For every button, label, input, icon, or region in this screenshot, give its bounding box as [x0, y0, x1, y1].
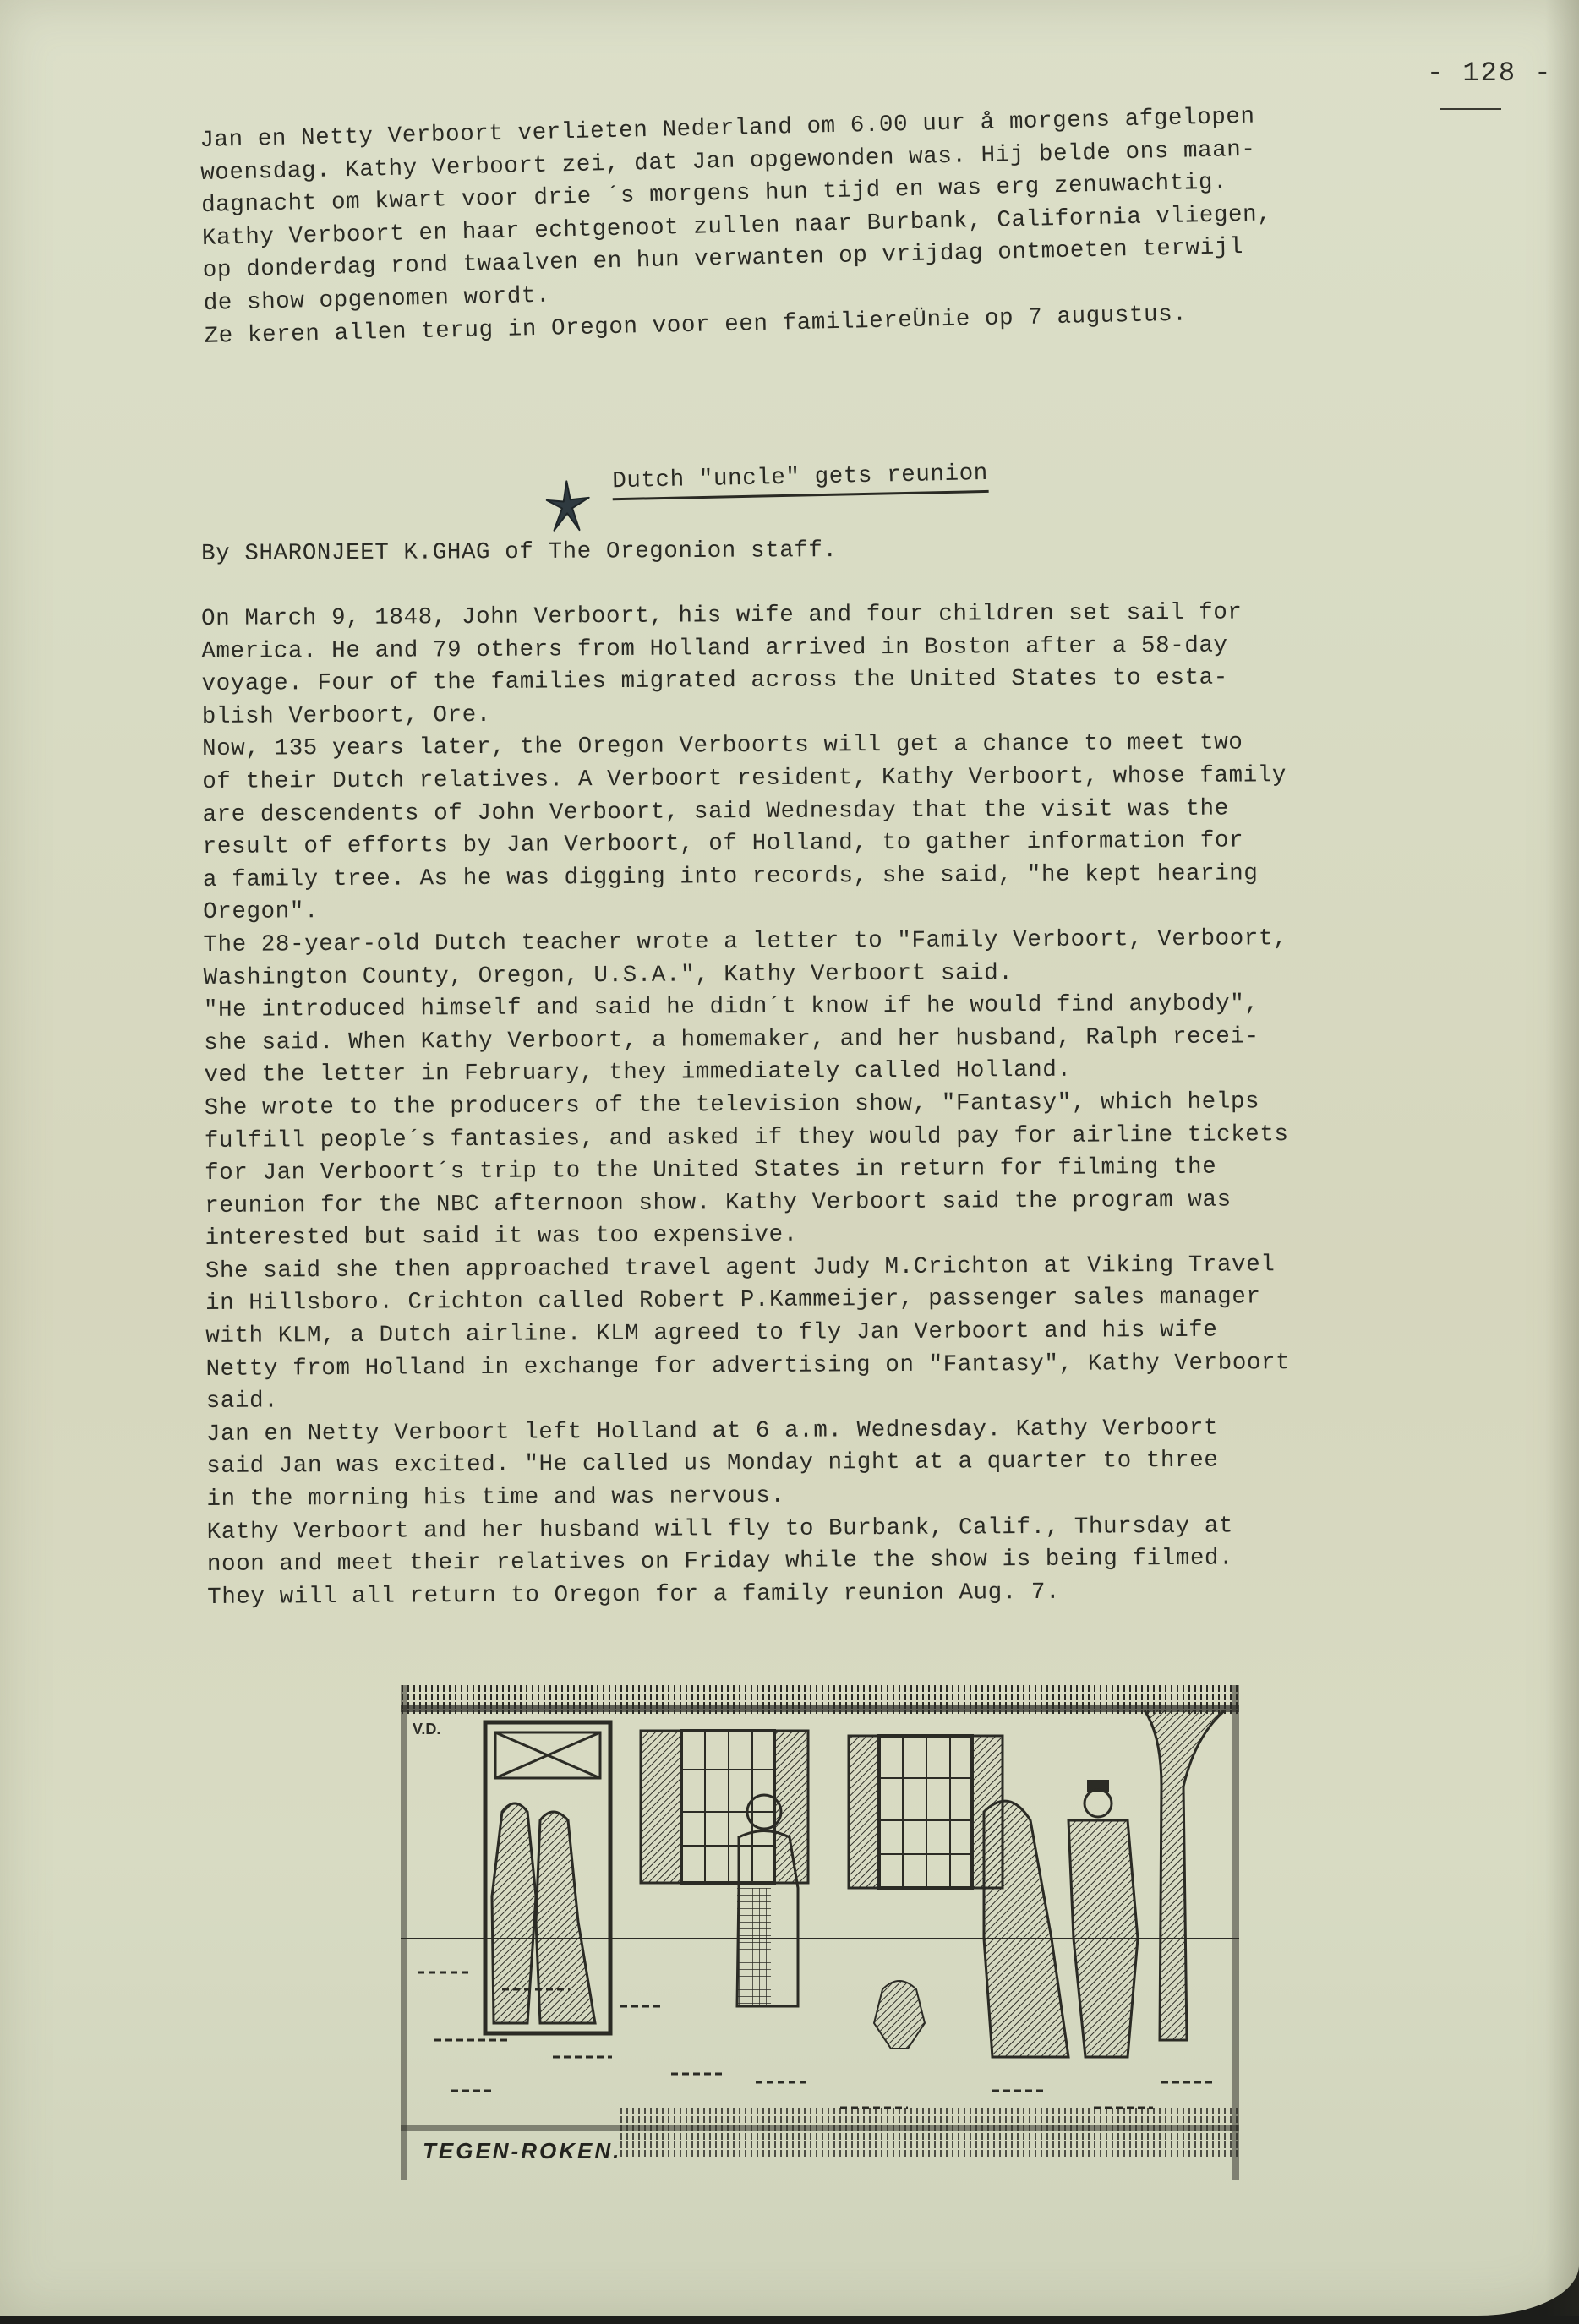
- page-number: - 128 -: [1427, 57, 1552, 89]
- illustration-drawing: [401, 1685, 1239, 2180]
- illustration-caption: TEGEN-ROKEN.: [423, 2138, 621, 2164]
- article-text-line: reunion for the NBC afternoon show. Kath…: [205, 1184, 1289, 1223]
- article-text-line: voyage. Four of the families migrated ac…: [201, 662, 1286, 701]
- article-text-line: she said. When Kathy Verboort, a homemak…: [204, 1021, 1288, 1060]
- article-text-line: The 28-year-old Dutch teacher wrote a le…: [203, 923, 1287, 962]
- illustration-signature: V.D.: [413, 1721, 440, 1738]
- article-text-line: Netty from Holland in exchange for adver…: [205, 1347, 1290, 1386]
- document-page: - 128 - Jan en Netty Verboort verlieten …: [0, 0, 1579, 2316]
- woodcut-illustration: V.D. TEGEN-ROKEN.: [401, 1685, 1239, 2180]
- dutch-summary: Jan en Netty Verboort verlieten Nederlan…: [199, 101, 1274, 353]
- article-text-line: They will all return to Oregon for a fam…: [207, 1575, 1292, 1614]
- article-body: On March 9, 1848, John Verboort, his wif…: [201, 597, 1292, 1614]
- page-number-underline: [1440, 108, 1501, 110]
- article-text-line: said Jan was excited. "He called us Mond…: [206, 1445, 1291, 1484]
- star-icon: [541, 477, 593, 532]
- article-text-line: noon and meet their relatives on Friday …: [207, 1542, 1292, 1581]
- article-headline: Dutch "uncle" gets reunion: [612, 461, 988, 500]
- article-byline: By SHARONJEET K.GHAG of The Oregonion st…: [201, 537, 838, 567]
